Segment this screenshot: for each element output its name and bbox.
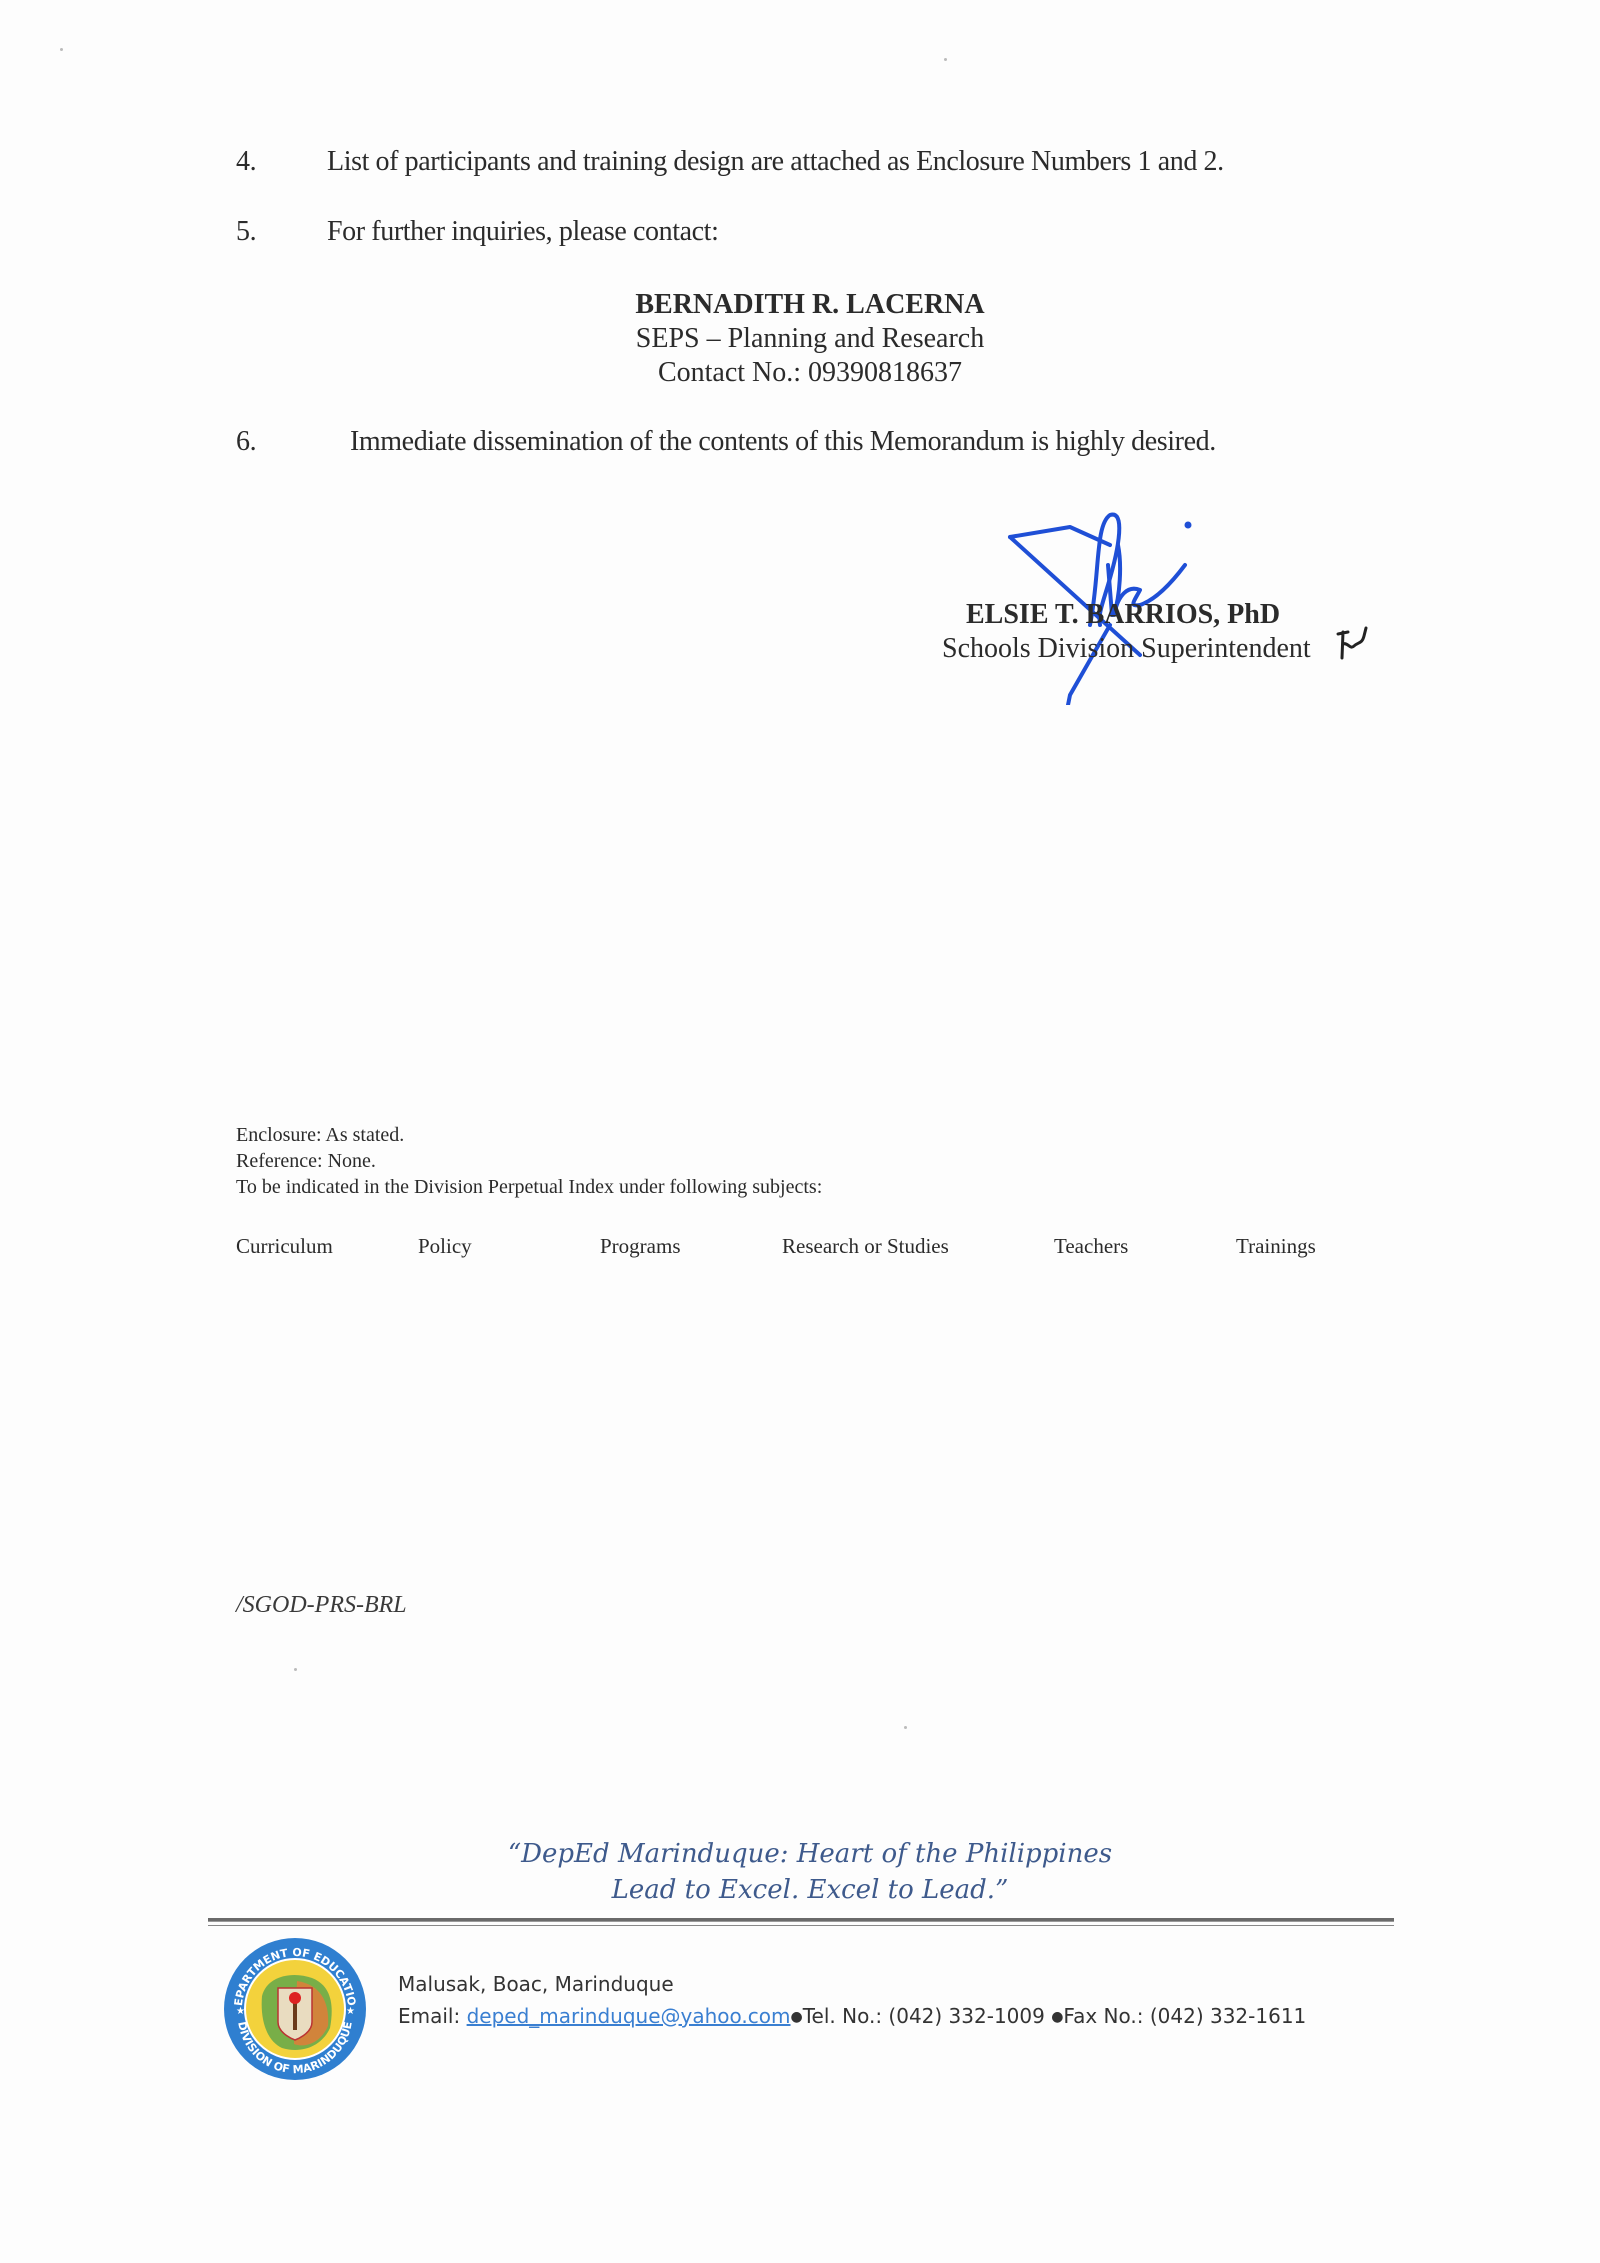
- subject-research: Research or Studies: [782, 1234, 949, 1259]
- svg-text:★: ★: [346, 2006, 355, 2017]
- bullet-icon: ●: [1051, 2009, 1063, 2025]
- initials-icon: [1334, 624, 1374, 664]
- item-4: 4. List of participants and training des…: [236, 146, 1436, 180]
- subject-curriculum: Curriculum: [236, 1234, 333, 1259]
- tel-number: Tel. No.: (042) 332-1009: [803, 2004, 1051, 2028]
- item-6: 6. Immediate dissemination of the conten…: [236, 426, 1436, 460]
- contact-block: BERNADITH R. LACERNA SEPS – Planning and…: [560, 288, 1060, 390]
- signatory-block: ELSIE T. BARRIOS, PhD Schools Division S…: [900, 598, 1400, 666]
- signatory-name: ELSIE T. BARRIOS, PhD: [900, 598, 1400, 632]
- item-number: 5.: [236, 216, 256, 248]
- enclosure-note: Enclosure: As stated.: [236, 1122, 404, 1148]
- scan-speck: [904, 1726, 907, 1729]
- contact-position: SEPS – Planning and Research: [560, 322, 1060, 356]
- reference-code: /SGOD-PRS-BRL: [236, 1592, 407, 1619]
- item-number: 6.: [236, 426, 256, 458]
- index-subjects: Curriculum Policy Programs Research or S…: [236, 1234, 1336, 1264]
- footer-contact-line: Email: deped_marinduque@yahoo.com●Tel. N…: [398, 2000, 1306, 2033]
- motto-line-1: “DepEd Marinduque: Heart of the Philippi…: [400, 1836, 1220, 1872]
- motto: “DepEd Marinduque: Heart of the Philippi…: [400, 1836, 1220, 1908]
- item-text: List of participants and training design…: [327, 146, 1224, 178]
- bullet-icon: ●: [791, 2009, 803, 2025]
- signatory-position: Schools Division Superintendent: [900, 632, 1400, 666]
- svg-text:★: ★: [236, 2006, 245, 2017]
- subject-programs: Programs: [600, 1234, 681, 1259]
- email-link[interactable]: deped_marinduque@yahoo.com: [467, 2004, 791, 2028]
- footer-divider-thin: [208, 1925, 1394, 1926]
- subject-teachers: Teachers: [1054, 1234, 1128, 1259]
- item-text: For further inquiries, please contact:: [327, 216, 718, 248]
- motto-line-2: Lead to Excel. Excel to Lead.”: [400, 1872, 1220, 1908]
- email-label: Email:: [398, 2004, 467, 2028]
- item-5: 5. For further inquiries, please contact…: [236, 216, 1436, 250]
- scan-speck: [944, 58, 947, 61]
- index-label: To be indicated in the Division Perpetua…: [236, 1174, 822, 1200]
- contact-phone: Contact No.: 09390818637: [560, 356, 1060, 390]
- footer-divider: [208, 1918, 1394, 1922]
- footer-address: Malusak, Boac, Marinduque: [398, 1968, 674, 2000]
- reference-note: Reference: None.: [236, 1148, 376, 1174]
- fax-number: Fax No.: (042) 332-1611: [1063, 2004, 1306, 2028]
- item-number: 4.: [236, 146, 256, 178]
- subject-trainings: Trainings: [1236, 1234, 1316, 1259]
- deped-seal-icon: DEPARTMENT OF EDUCATION DIVISION OF MARI…: [222, 1936, 368, 2082]
- subject-policy: Policy: [418, 1234, 472, 1259]
- item-text: Immediate dissemination of the contents …: [350, 426, 1216, 458]
- scan-speck: [294, 1668, 297, 1671]
- contact-name: BERNADITH R. LACERNA: [560, 288, 1060, 322]
- scan-speck: [60, 48, 63, 51]
